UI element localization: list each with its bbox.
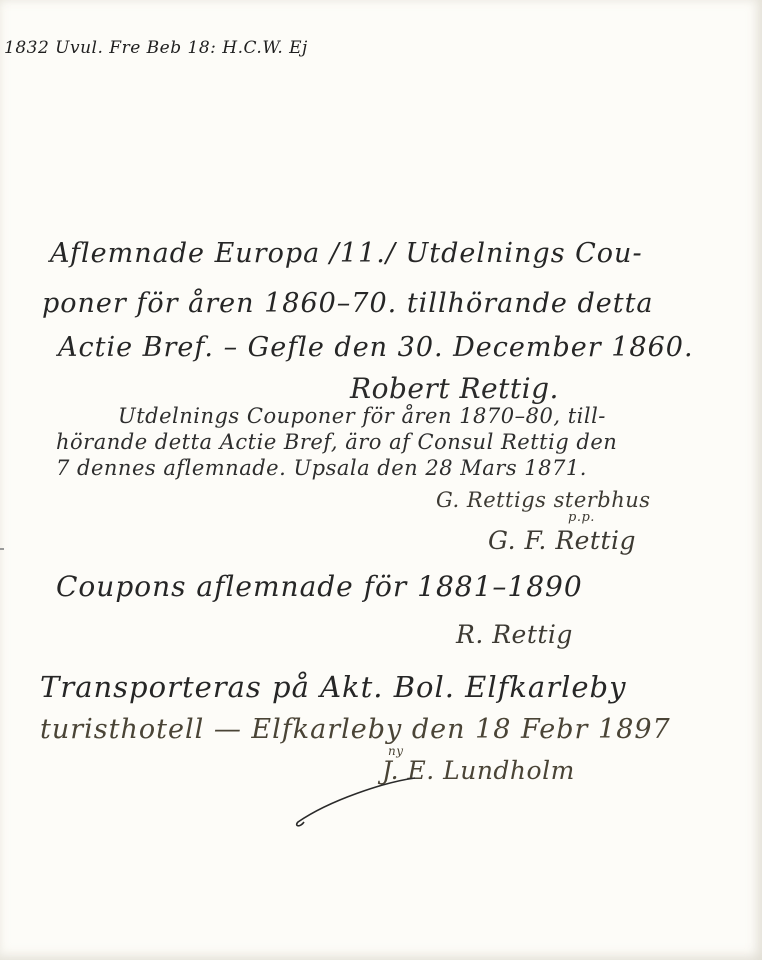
entry-2-line-1: Utdelnings Couponer för åren 1870–80, ti… (118, 404, 606, 428)
entry-4-line-1: Transporteras på Akt. Bol. Elfkarleby (40, 670, 626, 704)
entry-1-line-3: Actie Bref. – Gefle den 30. December 186… (58, 332, 694, 363)
entry-4-line-2: turisthotell — Elfkarleby den 18 Febr 18… (40, 714, 671, 745)
edge-mark (0, 548, 4, 550)
entry-2-line-3: 7 dennes aflemnade. Upsala den 28 Mars 1… (56, 456, 587, 480)
entry-2-signature: G. F. Rettig (488, 526, 636, 555)
entry-2-line-2: hörande detta Actie Bref, äro af Consul … (56, 430, 617, 454)
entry-3-signature: R. Rettig (456, 620, 573, 649)
entry-1-signature: Robert Rettig. (350, 372, 559, 405)
entry-1-line-2: poner för åren 1860–70. tillhörande dett… (42, 288, 654, 319)
document-page: 1832 Uvul. Fre Beb 18: H.C.W. Ej Aflemna… (0, 0, 762, 960)
entry-3-text: Coupons aflemnade för 1881–1890 (56, 570, 583, 603)
entry-1-line-1: Aflemnade Europa /11./ Utdelnings Cou- (50, 238, 643, 269)
signature-flourish (290, 770, 420, 830)
header-note: 1832 Uvul. Fre Beb 18: H.C.W. Ej (4, 38, 308, 58)
entry-2-signature-line-1: G. Rettigs sterbhus (436, 488, 651, 512)
entry-2-signature-annotation: p.p. (568, 510, 595, 525)
